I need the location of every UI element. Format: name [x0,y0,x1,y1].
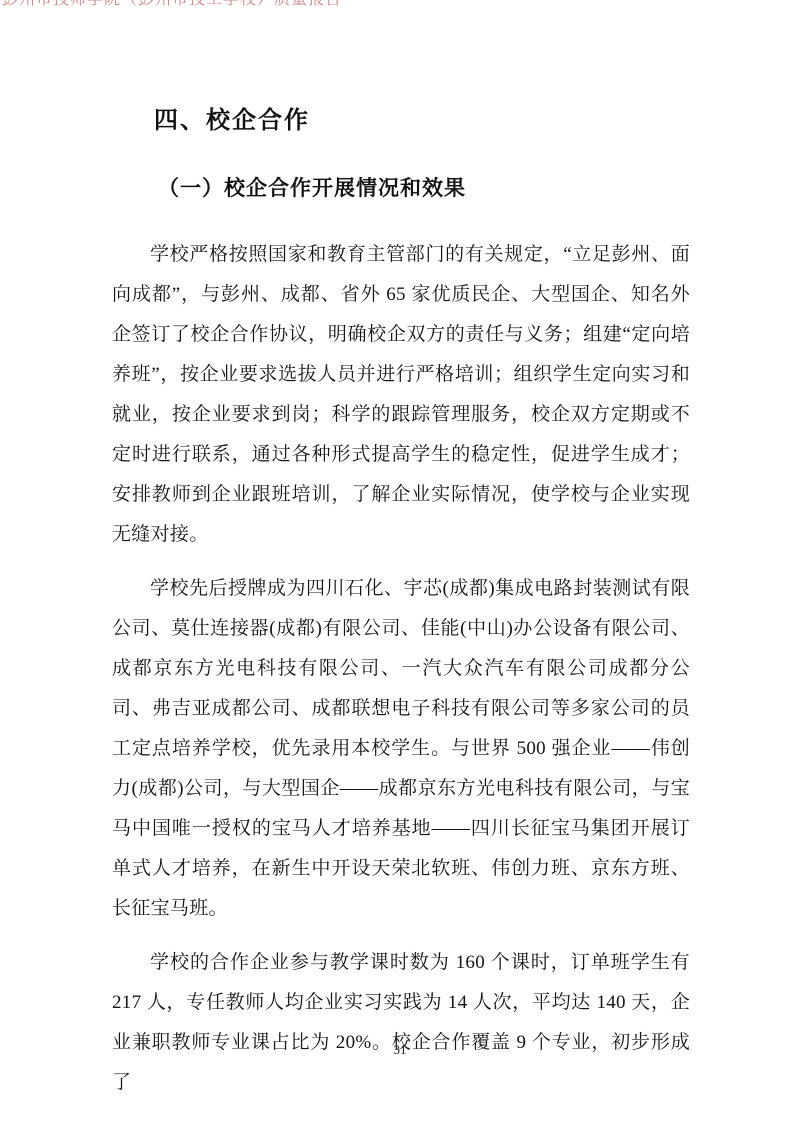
subsection-title: （一）校企合作开展情况和效果 [112,172,690,202]
page-number: 31 [0,1042,800,1058]
paragraph-2: 学校先后授牌成为四川石化、宇芯(成都)集成电路封装测试有限公司、莫仕连接器(成都… [112,569,690,929]
document-page: 彭州市技师学院（彭州市技工学校）质量报告 四、校企合作 （一）校企合作开展情况和… [0,0,800,1131]
clipped-red-header-text: 彭州市技师学院（彭州市技工学校）质量报告 [2,0,342,4]
paragraph-3: 学校的合作企业参与教学课时数为 160 个课时，订单班学生有 217 人，专任教… [112,943,690,1103]
paragraph-1: 学校严格按照国家和教育主管部门的有关规定，“立足彭州、面向成都”，与彭州、成都、… [112,235,690,555]
section-title: 四、校企合作 [112,100,690,135]
page-content: 四、校企合作 （一）校企合作开展情况和效果 学校严格按照国家和教育主管部门的有关… [112,100,690,1117]
body-text: 学校严格按照国家和教育主管部门的有关规定，“立足彭州、面向成都”，与彭州、成都、… [112,235,690,1103]
